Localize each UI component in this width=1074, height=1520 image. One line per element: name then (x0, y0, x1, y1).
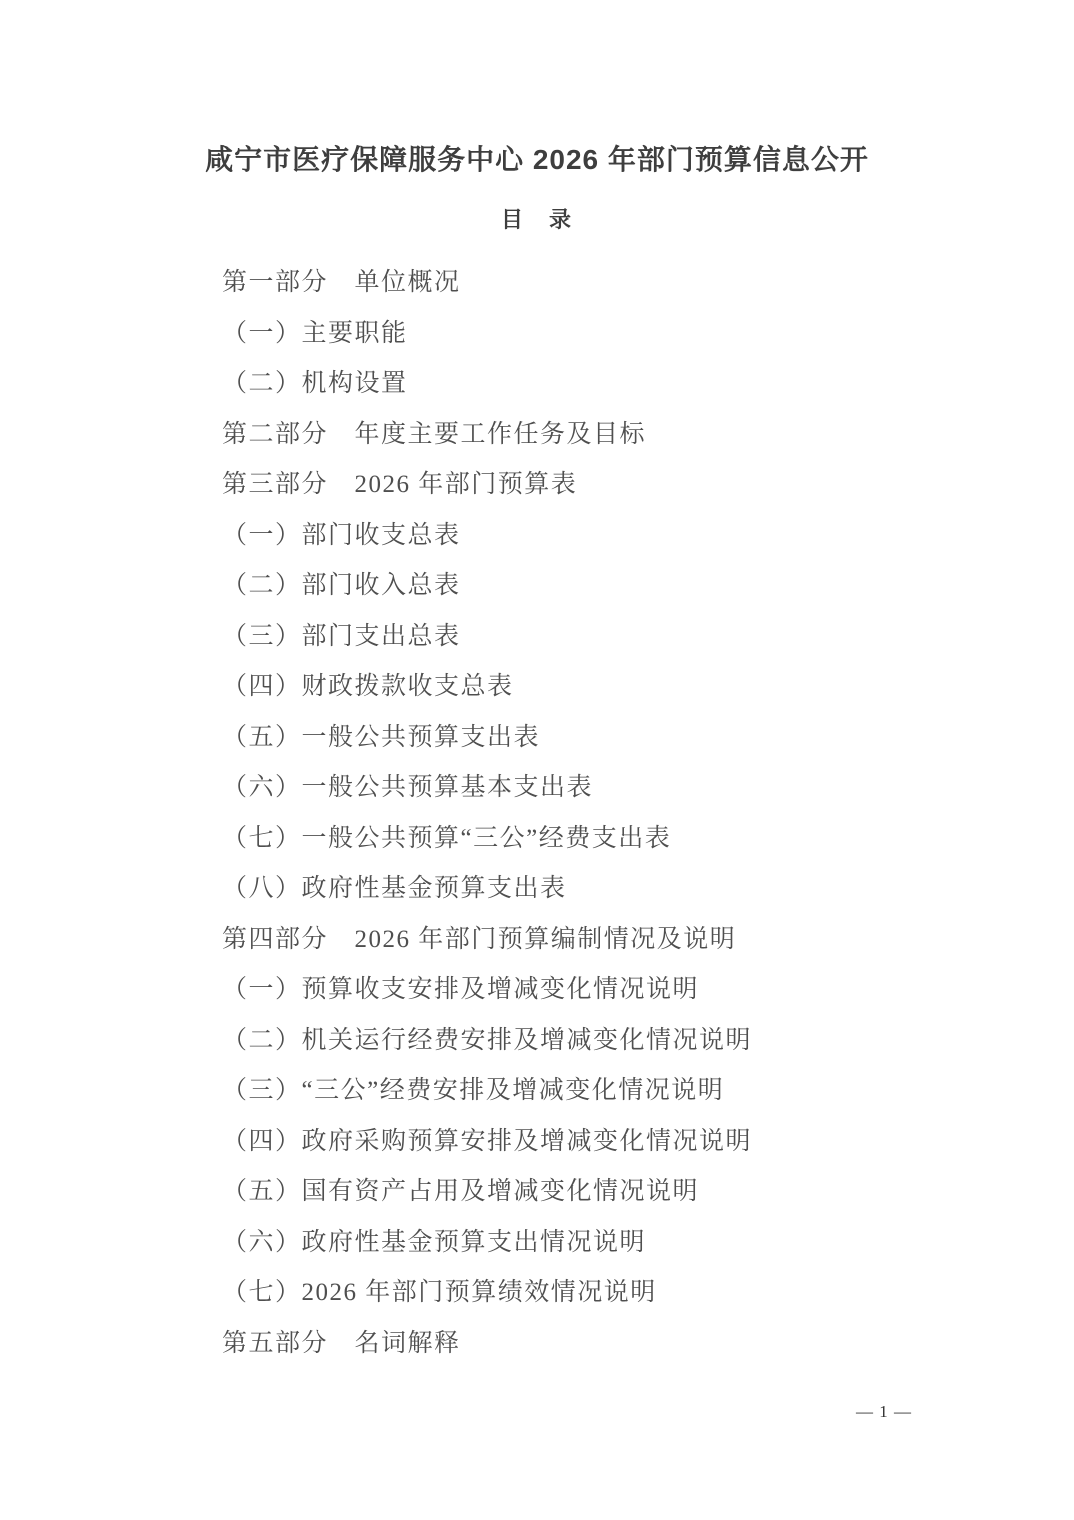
toc-item-part5: 第五部分 名词解释 (222, 1319, 1014, 1370)
toc-item: （七）一般公共预算“三公”经费支出表 (222, 814, 1014, 865)
toc-item: （二）机关运行经费安排及增减变化情况说明 (222, 1016, 1014, 1067)
toc-item: （三）“三公”经费安排及增减变化情况说明 (222, 1066, 1014, 1117)
toc-item: （三）部门支出总表 (222, 612, 1014, 663)
toc-item: （四）财政拨款收支总表 (222, 662, 1014, 713)
toc-item-part3: 第三部分 2026 年部门预算表 (222, 460, 1014, 511)
toc-item: （一）部门收支总表 (222, 511, 1014, 562)
page-number: — 1 — (856, 1402, 912, 1422)
document-title: 咸宁市医疗保障服务中心 2026 年部门预算信息公开 (0, 138, 1074, 178)
toc-heading: 目 录 (0, 203, 1074, 234)
toc-item: （五）一般公共预算支出表 (222, 713, 1014, 764)
toc-item: （八）政府性基金预算支出表 (222, 864, 1014, 915)
toc-item: （五）国有资产占用及增减变化情况说明 (222, 1167, 1014, 1218)
toc-item-part1: 第一部分 单位概况 (222, 258, 1014, 309)
toc-item: （七）2026 年部门预算绩效情况说明 (222, 1268, 1014, 1319)
toc-item: （四）政府采购预算安排及增减变化情况说明 (222, 1117, 1014, 1168)
toc-item: （六）政府性基金预算支出情况说明 (222, 1218, 1014, 1269)
toc-item: （六）一般公共预算基本支出表 (222, 763, 1014, 814)
toc-list: 第一部分 单位概况 （一）主要职能 （二）机构设置 第二部分 年度主要工作任务及… (222, 258, 1014, 1369)
toc-item: （二）部门收入总表 (222, 561, 1014, 612)
toc-item-part4: 第四部分 2026 年部门预算编制情况及说明 (222, 915, 1014, 966)
toc-item: （一）预算收支安排及增减变化情况说明 (222, 965, 1014, 1016)
toc-item: （一）主要职能 (222, 309, 1014, 360)
document-page: 咸宁市医疗保障服务中心 2026 年部门预算信息公开 目 录 第一部分 单位概况… (0, 0, 1074, 1520)
toc-item-part2: 第二部分 年度主要工作任务及目标 (222, 410, 1014, 461)
toc-item: （二）机构设置 (222, 359, 1014, 410)
